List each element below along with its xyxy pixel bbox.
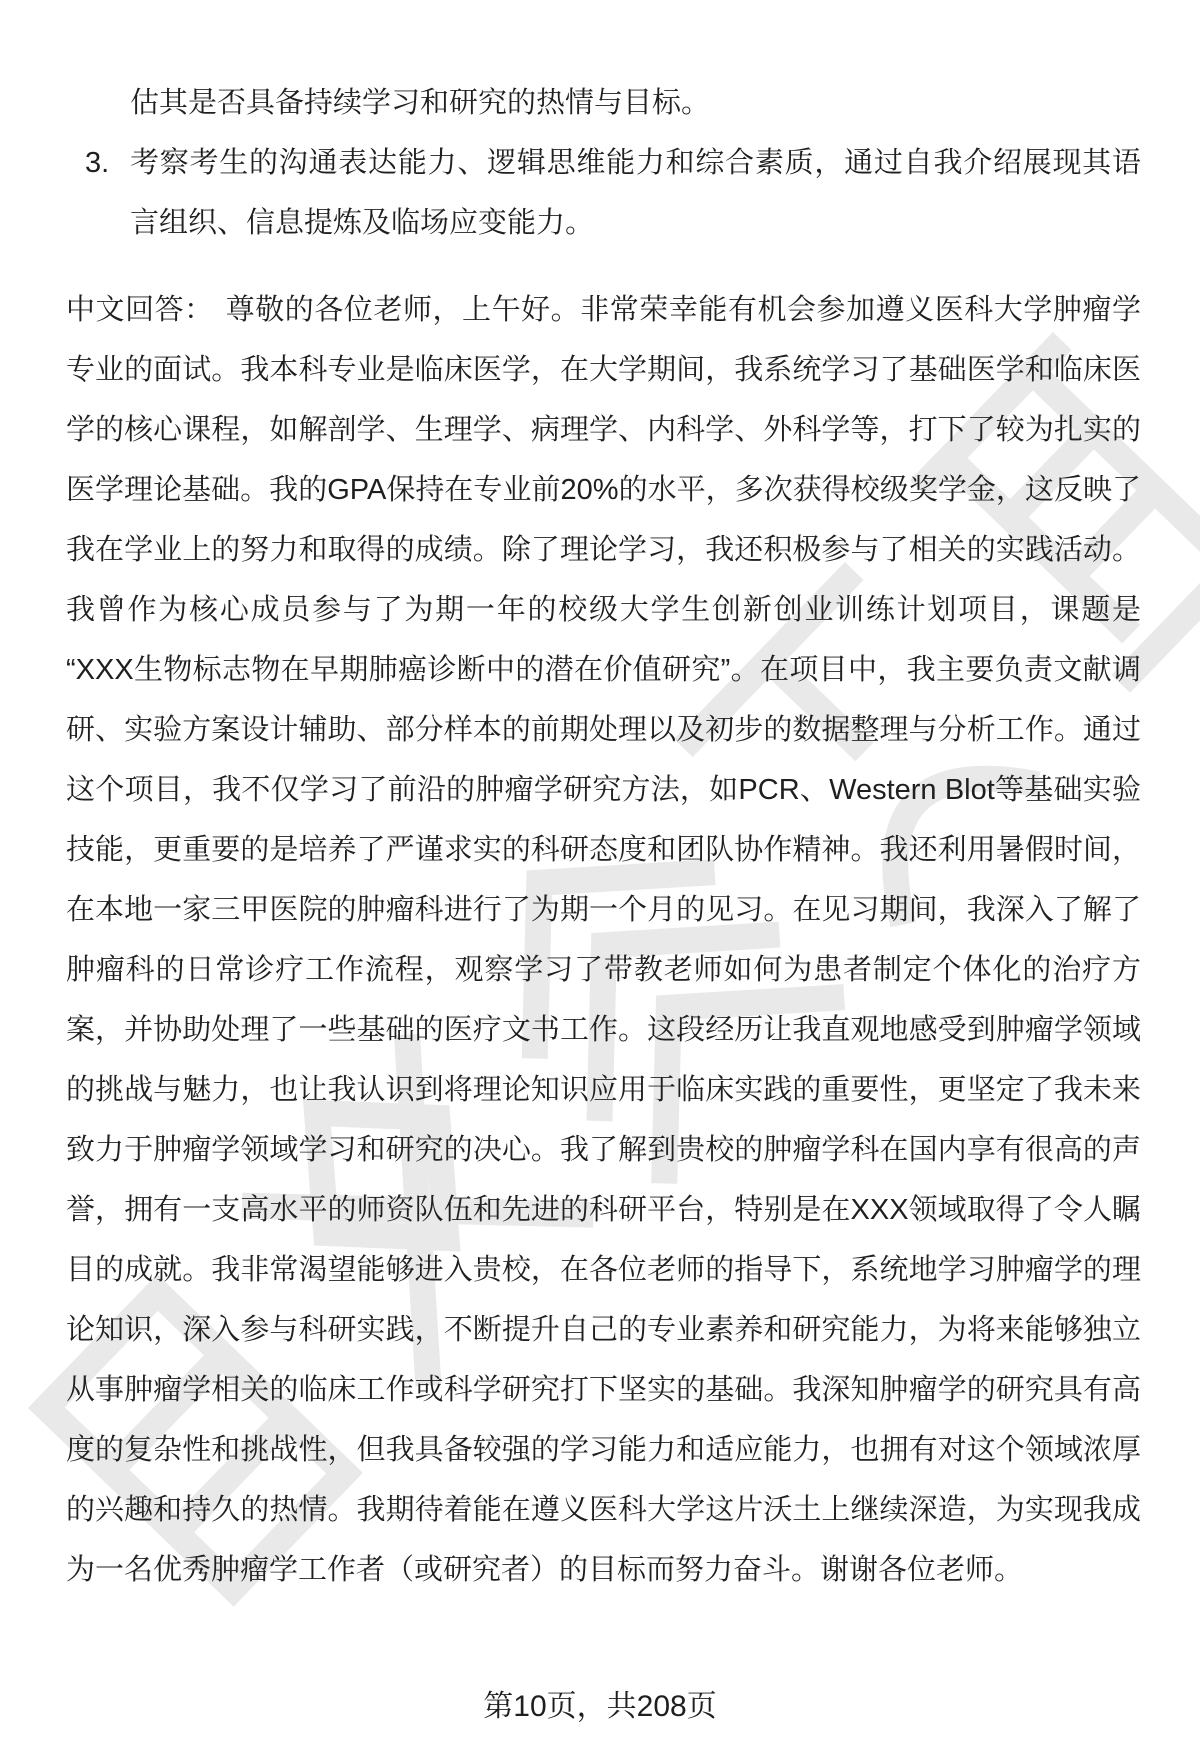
- list-item-3: 3. 考察考生的沟通表达能力、逻辑思维能力和综合素质，通过自我介绍展现其语言组织…: [66, 133, 1141, 253]
- page-body: 估其是否具备持续学习和研究的热情与目标。 3. 考察考生的沟通表达能力、逻辑思维…: [0, 0, 1200, 1600]
- answer-paragraph: 中文回答：尊敬的各位老师，上午好。非常荣幸能有机会参加遵义医科大学肿瘤学专业的面…: [66, 280, 1141, 1600]
- list-item-3-number: 3.: [66, 133, 130, 253]
- answer-text: 尊敬的各位老师，上午好。非常荣幸能有机会参加遵义医科大学肿瘤学专业的面试。我本科…: [66, 294, 1141, 1586]
- list-item-2-continuation: 估其是否具备持续学习和研究的热情与目标。: [66, 73, 1141, 133]
- list-item-3-text: 考察考生的沟通表达能力、逻辑思维能力和综合素质，通过自我介绍展现其语言组织、信息…: [130, 133, 1141, 253]
- answer-label: 中文回答：: [66, 294, 214, 326]
- document-page: 估其是否具备持续学习和研究的热情与目标。 3. 考察考生的沟通表达能力、逻辑思维…: [0, 0, 1200, 1755]
- page-number-footer: 第10页，共208页: [0, 1690, 1200, 1724]
